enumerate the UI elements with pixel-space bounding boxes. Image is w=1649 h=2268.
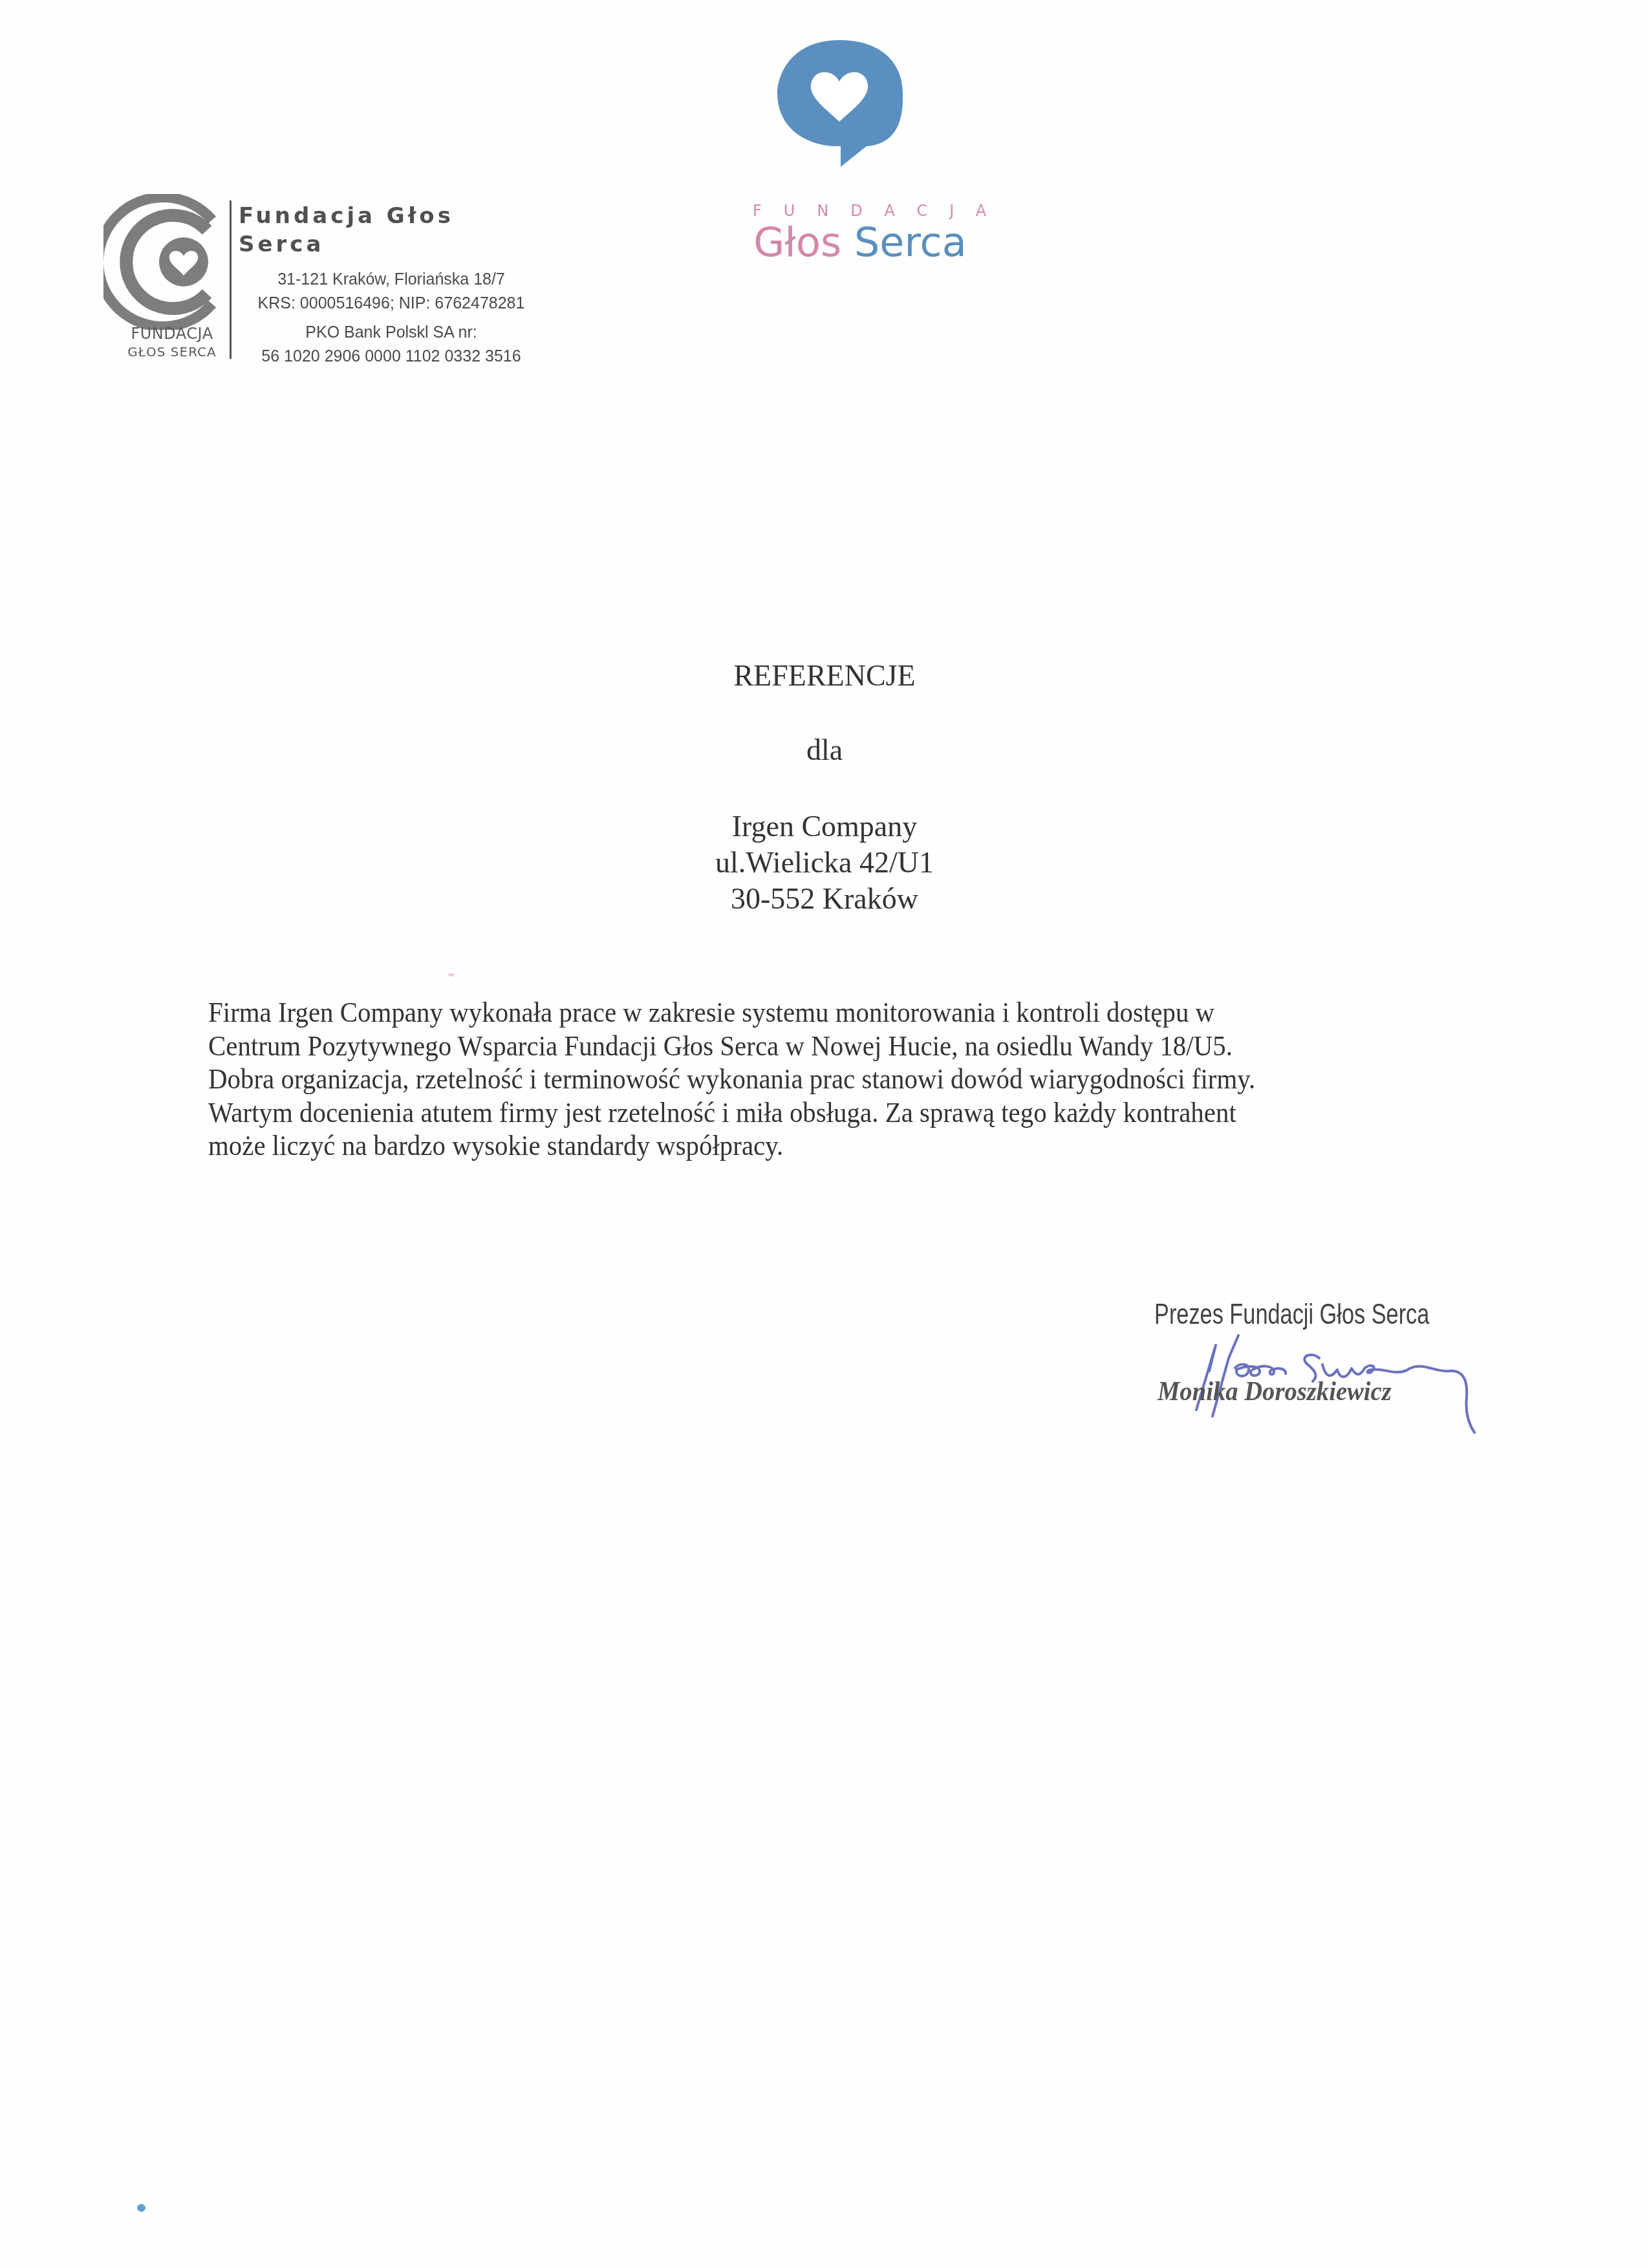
letter-page: FUNDACJA Głos Serca FUNDACJA GŁOS SERCA … <box>0 0 1649 2268</box>
body-line: Firma Irgen Company wykonała prace w zak… <box>208 996 1423 1030</box>
body-line: Centrum Pozytywnego Wsparcia Fundacji Gł… <box>208 1030 1423 1063</box>
stamp-details: Fundacja Głos Serca 31-121 Kraków, Flori… <box>236 194 546 369</box>
body-line: może liczyć na bardzo wysokie standardy … <box>208 1129 1423 1163</box>
stamp-registry: KRS: 0000516496; NIP: 6762478281 <box>236 292 546 316</box>
letter-body: Firma Irgen Company wykonała prace w zak… <box>208 996 1423 1163</box>
scan-speck <box>448 973 455 977</box>
stamp-caption-name: GŁOS SERCA <box>114 344 230 360</box>
stamp-divider <box>230 200 232 359</box>
stamp-bank-account: 56 1020 2906 0000 1102 0332 3516 <box>236 345 546 369</box>
letter-for-label: dla <box>0 733 1649 767</box>
organization-stamp: FUNDACJA GŁOS SERCA Fundacja Głos Serca … <box>103 194 556 369</box>
recipient-city: 30-552 Kraków <box>0 881 1649 917</box>
stamp-bank-label: PKO Bank Polskl SA nr: <box>236 321 546 345</box>
signatory-position: Prezes Fundacji Głos Serca <box>1154 1299 1429 1331</box>
body-line: Wartym docenienia atutem firmy jest rzet… <box>208 1096 1423 1130</box>
stamp-caption-fundacja: FUNDACJA <box>114 325 230 343</box>
recipient-address: Irgen Company ul.Wielicka 42/U1 30-552 K… <box>0 808 1649 917</box>
logo-name-part2: Serca <box>854 219 967 266</box>
scan-dot <box>137 2204 145 2212</box>
speech-bubble-heart-icon <box>731 26 989 207</box>
foundation-logo: FUNDACJA Głos Serca <box>731 26 989 259</box>
letter-title: REFERENCJE <box>0 658 1649 693</box>
logo-kicker: FUNDACJA <box>731 202 989 220</box>
body-line: Dobra organizacja, rzetelność i terminow… <box>208 1063 1423 1096</box>
recipient-name: Irgen Company <box>0 808 1649 845</box>
logo-name: Głos Serca <box>731 220 989 265</box>
concentric-circles-heart-icon <box>103 194 233 330</box>
recipient-street: ul.Wielicka 42/U1 <box>0 845 1649 881</box>
stamp-title: Fundacja Głos Serca <box>236 202 546 259</box>
signatory-name: Monika Doroszkiewicz <box>1158 1376 1392 1407</box>
stamp-address: 31-121 Kraków, Floriańska 18/7 <box>236 268 546 292</box>
logo-name-part1: Głos <box>753 219 841 266</box>
